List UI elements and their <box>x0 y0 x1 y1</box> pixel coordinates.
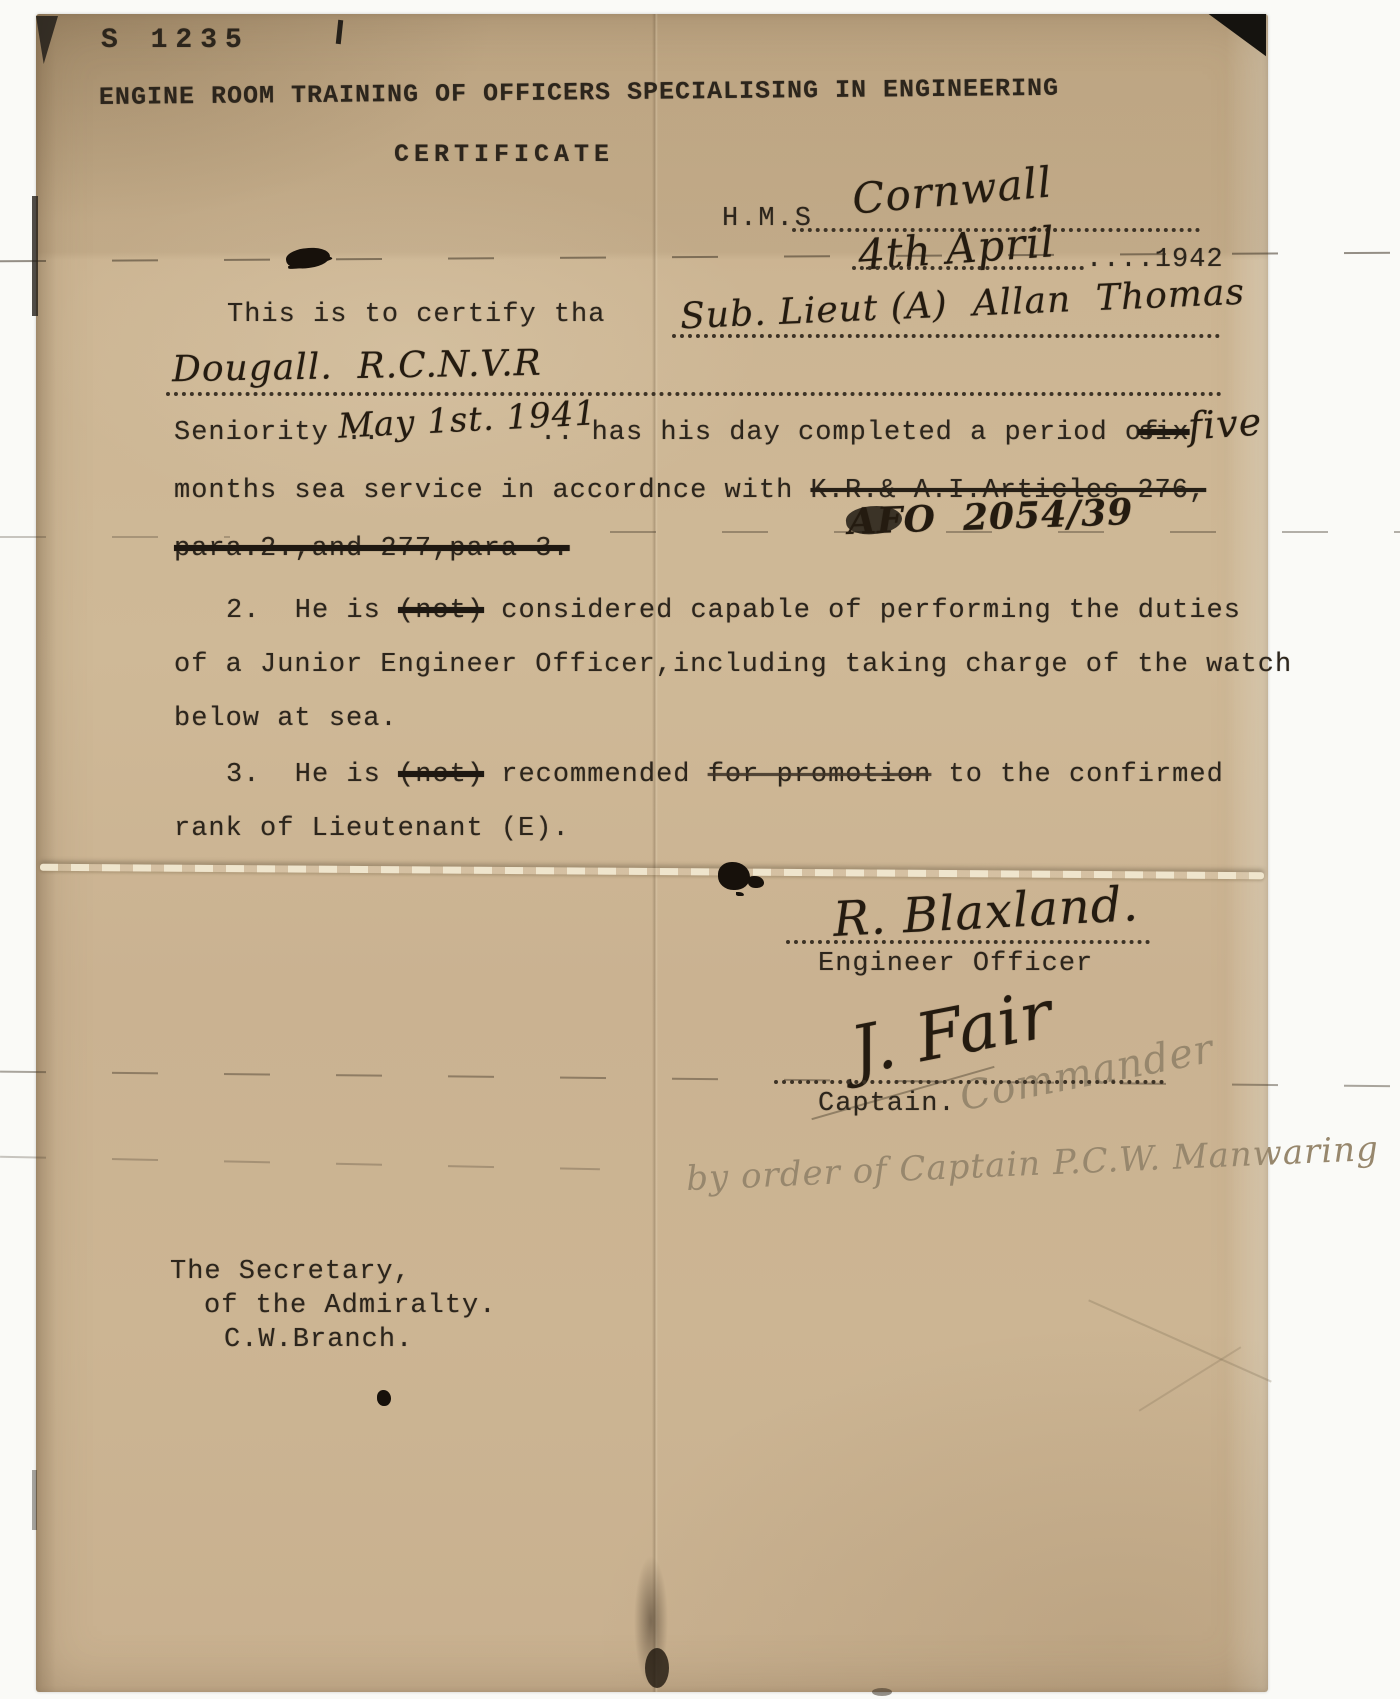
dotted-line <box>786 940 1150 944</box>
form-number: S 1235 <box>101 26 250 57</box>
seniority-text: .. has his day completed a period of <box>540 419 1177 449</box>
address-line-2: of the Admiralty. <box>204 1292 496 1322</box>
struck-para-refs: para.2.,and 277,para 3. <box>174 535 570 565</box>
p3-struck-for-promotion: for promotion <box>708 760 932 790</box>
document-subtitle: CERTIFICATE <box>394 141 614 169</box>
date-year: ....1942 <box>1086 246 1224 276</box>
p2-struck-not: (not) <box>398 596 484 626</box>
scanned-certificate: S 1235 ENGINE ROOM TRAINING OF OFFICERS … <box>0 0 1400 1699</box>
p3-struck-not: (not) <box>398 760 484 790</box>
engineer-officer-title: Engineer Officer <box>818 950 1093 980</box>
service-text: months sea service in accordnce with <box>174 476 811 506</box>
paragraph-2-line1: 2. He is (not) considered capable of per… <box>226 597 1241 627</box>
ink-blot <box>718 862 750 890</box>
officer-surname-handwritten: Dougall. R.C.N.V.R <box>172 343 542 390</box>
smudge-mark <box>872 1688 892 1696</box>
paragraph-3-line2: rank of Lieutenant (E). <box>174 815 570 845</box>
scan-edge-bar <box>32 1470 37 1530</box>
p3-mid: recommended <box>484 760 708 790</box>
dotted-line <box>672 334 1220 338</box>
p3-pre: 3. He is <box>226 760 398 790</box>
struck-word-six: six <box>1138 419 1190 449</box>
dotted-line <box>166 392 1222 396</box>
dotted-line <box>852 266 1084 270</box>
p2-pre: 2. He is <box>226 596 398 626</box>
dotted-line <box>774 1080 1164 1084</box>
paragraph-2-line2: of a Junior Engineer Officer,including t… <box>174 651 1292 681</box>
smudge-mark <box>645 1648 669 1688</box>
address-line-3: C.W.Branch. <box>224 1326 413 1356</box>
ink-dot <box>377 1390 391 1406</box>
captain-title: Captain. <box>818 1090 956 1120</box>
p2-post: considered capable of performing the dut… <box>484 596 1241 626</box>
address-line-1: The Secretary, <box>170 1258 411 1288</box>
paragraph-3-line1: 3. He is (not) recommended for promotion… <box>226 761 1224 791</box>
scan-edge-bar <box>32 196 38 316</box>
p3-post: to the confirmed <box>931 760 1223 790</box>
paragraph-2-line3: below at sea. <box>174 705 398 735</box>
correction-five-handwritten: five <box>1187 399 1264 448</box>
certify-prefix: This is to certify tha <box>227 301 605 331</box>
vertical-fold-line <box>652 14 658 1692</box>
